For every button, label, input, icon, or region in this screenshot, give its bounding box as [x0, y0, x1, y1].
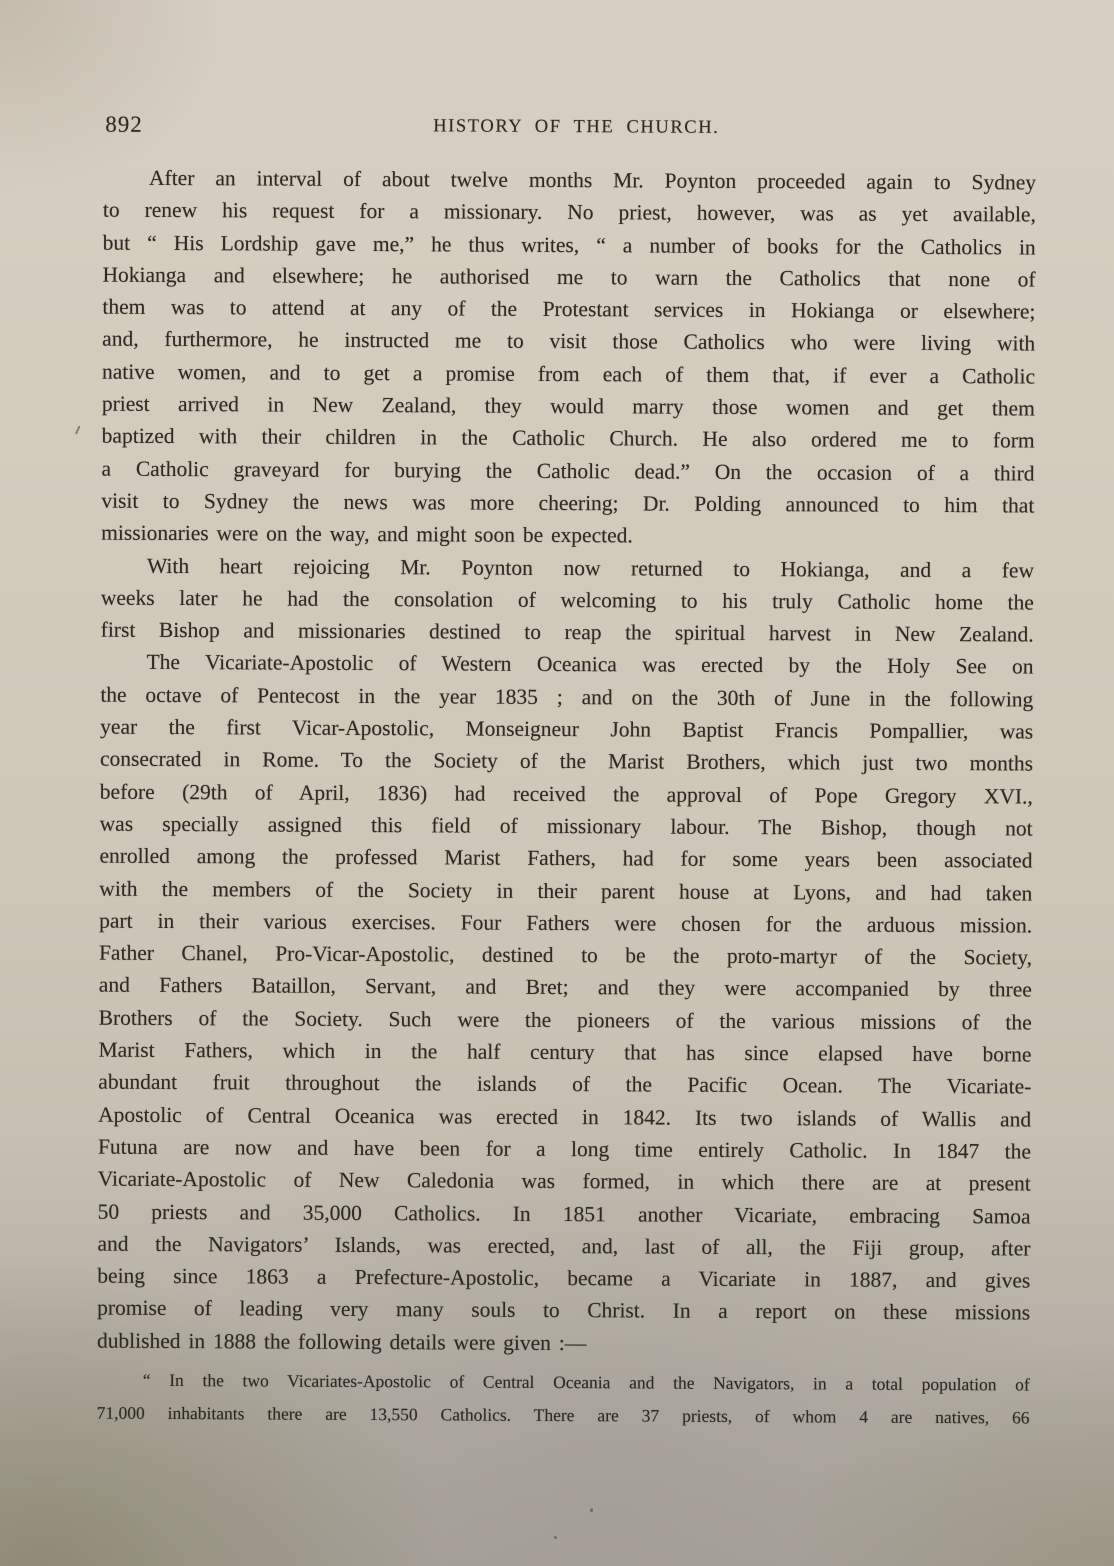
text-line: consecrated in Rome. To the Society of t…: [100, 743, 1033, 780]
text-line: before (29th of April, 1836) had receive…: [100, 775, 1033, 812]
text-line: weeks later he had the consolation of we…: [101, 581, 1034, 618]
dust-speck: [554, 1536, 557, 1539]
text-line: first Bishop and missionaries destined t…: [101, 614, 1034, 651]
text-line: Vicariate-Apostolic of New Caledonia was…: [98, 1163, 1031, 1200]
running-header: 892 HISTORY OF THE CHURCH.: [0, 111, 1113, 147]
text-line: priest arrived in New Zealand, they woul…: [102, 388, 1035, 425]
text-line: them was to attend at any of the Protest…: [102, 291, 1035, 328]
text-line: but “ His Lordship gave me,” he thus wri…: [103, 226, 1036, 263]
stray-ink-mark: [75, 425, 81, 434]
text-line: promise of leading very many souls to Ch…: [97, 1292, 1030, 1329]
text-line: enrolled among the professed Marist Fath…: [99, 840, 1032, 877]
text-line: dublished in 1888 the following details …: [97, 1324, 1030, 1361]
text-line: year the first Vicar-Apostolic, Monseign…: [100, 711, 1033, 748]
text-line: After an interval of about twelve months…: [103, 162, 1036, 199]
text-line: Marist Fathers, which in the half centur…: [98, 1034, 1031, 1071]
text-line: and the Navigators’ Islands, was erected…: [97, 1227, 1030, 1264]
text-line: the octave of Pentecost in the year 1835…: [100, 678, 1033, 715]
text-line: to renew his request for a missionary. N…: [103, 194, 1036, 231]
body-paragraph: After an interval of about twelve months…: [101, 162, 1036, 554]
text-line: missionaries were on the way, and might …: [101, 517, 1034, 554]
text-line: Father Chanel, Pro-Vicar-Apostolic, dest…: [99, 937, 1032, 974]
text-line: was specially assigned this field of mis…: [100, 808, 1033, 845]
text-line: With heart rejoicing Mr. Poynton now ret…: [101, 549, 1034, 586]
text-line: Hokianga and elsewhere; he authorised me…: [102, 259, 1035, 296]
text-line: Futuna are now and have been for a long …: [98, 1131, 1031, 1168]
body-paragraph: The Vicariate-Apostolic of Western Ocean…: [97, 646, 1034, 1361]
text-line: with the members of the Society in their…: [99, 872, 1032, 909]
text-line: Apostolic of Central Oceanica was erecte…: [98, 1098, 1031, 1135]
text-block: After an interval of about twelve months…: [97, 162, 1037, 1435]
text-line: abundant fruit throughout the islands of…: [98, 1066, 1031, 1103]
running-head-title: HISTORY OF THE CHURCH.: [39, 114, 1113, 141]
text-line: baptized with their children in the Cath…: [102, 420, 1035, 457]
text-line: and, furthermore, he instructed me to vi…: [102, 323, 1035, 360]
text-line: 71,000 inhabitants there are 13,550 Cath…: [97, 1397, 1030, 1435]
text-line: and Fathers Bataillon, Servant, and Bret…: [99, 969, 1032, 1006]
dust-speck: [590, 1508, 593, 1512]
text-line: The Vicariate-Apostolic of Western Ocean…: [100, 646, 1033, 683]
text-line: a Catholic graveyard for burying the Cat…: [101, 452, 1034, 489]
text-line: part in their various exercises. Four Fa…: [99, 904, 1032, 941]
text-line: native women, and to get a promise from …: [102, 355, 1035, 392]
body-paragraph: With heart rejoicing Mr. Poynton now ret…: [101, 549, 1034, 651]
text-line: being since 1863 a Prefecture-Apostolic,…: [97, 1260, 1030, 1297]
text-line: visit to Sydney the news was more cheeri…: [101, 485, 1034, 522]
book-page: 892 HISTORY OF THE CHURCH. After an inte…: [0, 0, 1114, 1566]
text-line: “ In the two Vicariates-Apostolic of Cen…: [97, 1364, 1030, 1402]
small-print-paragraph: “ In the two Vicariates-Apostolic of Cen…: [97, 1364, 1030, 1435]
text-line: Brothers of the Society. Such were the p…: [99, 1001, 1032, 1038]
text-line: 50 priests and 35,000 Catholics. In 1851…: [98, 1195, 1031, 1232]
